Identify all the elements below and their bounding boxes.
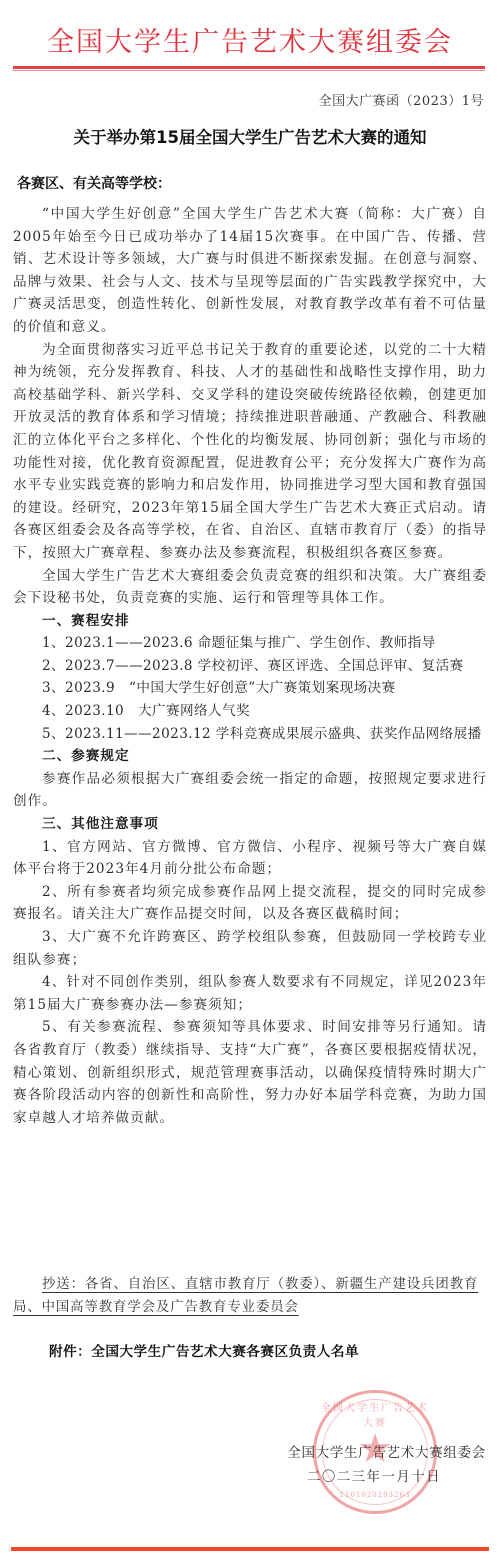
- paragraph-intro: “中国大学生好创意”全国大学生广告艺术大赛（简称：大广赛）自2005年始至今日已…: [13, 203, 487, 339]
- attachment-line: 附件：全国大学生广告艺术大赛各赛区负责人名单: [49, 1340, 359, 1360]
- rules-item: 参赛作品必须根据大广赛组委会统一指定的命题，按照规定要求进行创作。: [13, 768, 487, 813]
- official-seal-text: 全国大学生广告艺术大赛: [316, 1399, 434, 1429]
- official-seal-code: 1101020293263: [316, 1491, 434, 1499]
- signature-org: 全国大学生广告艺术大赛组委会: [287, 1442, 486, 1461]
- schedule-item: 5、2023.11——2023.12 学科竞赛成果展示盛典、获奖作品网络展播: [13, 723, 487, 746]
- document-title: 关于举办第15届全国大学生广告艺术大赛的通知: [0, 124, 500, 148]
- paragraph-organization: 全国大学生广告艺术大赛组委会负责竞赛的组织和决策。大广赛组委会下设秘书处，负责竞…: [13, 565, 487, 610]
- schedule-item: 4、2023.10 大广赛网络人气奖: [13, 700, 487, 723]
- notes-item: 1、官方网站、官方微博、官方微信、小程序、视频号等大广赛自媒体平台将于2023年…: [13, 836, 487, 881]
- paragraph-goals: 为全面贯彻落实习近平总书记关于教育的重要论述，以党的二十大精神为统领，充分发挥教…: [13, 339, 487, 565]
- notes-item: 4、针对不同创作类别，组队参赛人数要求有不同规定，详见2023年第15届大广赛参…: [13, 971, 487, 1016]
- letterhead-org-name: 全国大学生广告艺术大赛组委会: [0, 20, 500, 59]
- schedule-item: 2、2023.7——2023.8 学校初评、赛区评选、全国总评审、复活赛: [13, 655, 487, 678]
- document-body: “中国大学生好创意”全国大学生广告艺术大赛（简称：大广赛）自2005年始至今日已…: [13, 203, 487, 1129]
- salutation: 各赛区、有关高等学校：: [17, 173, 171, 193]
- footer-red-rule: [11, 1547, 489, 1551]
- notes-item: 5、有关参赛流程、参赛须知等具体要求、时间安排等另行通知。请各省教育厅（教委）继…: [13, 1016, 487, 1129]
- letterhead-red-rule: [13, 66, 485, 69]
- notes-item: 2、所有参赛者均须完成参赛作品网上提交流程，提交的同时完成参赛报名。请关注大广赛…: [13, 881, 487, 926]
- section-heading-schedule: 一、赛程安排: [13, 610, 487, 633]
- carbon-copy: 抄送：各省、自治区、直辖市教育厅（教委）、新疆生产建设兵团教育局、中国高等教育学…: [13, 1273, 487, 1319]
- document-number: 全国大广赛函（2023）1号: [319, 90, 484, 109]
- carbon-copy-text: 抄送：各省、自治区、直辖市教育厅（教委）、新疆生产建设兵团教育局、中国高等教育学…: [13, 1277, 478, 1315]
- signature-date: 二〇二三年一月十日: [307, 1466, 441, 1485]
- section-heading-rules: 二、参赛规定: [13, 745, 487, 768]
- notes-item: 3、大广赛不允许跨赛区、跨学校组队参赛，但鼓励同一学校跨专业组队参赛；: [13, 926, 487, 971]
- letterhead-red-rule-thin: [13, 70, 485, 71]
- schedule-item: 1、2023.1——2023.6 命题征集与推广、学生创作、教师指导: [13, 632, 487, 655]
- notice-document: 全国大学生广告艺术大赛组委会 全国大广赛函（2023）1号 关于举办第15届全国…: [0, 0, 500, 1568]
- schedule-item: 3、2023.9 “中国大学生好创意”大广赛策划案现场决赛: [13, 677, 487, 700]
- section-heading-notes: 三、其他注意事项: [13, 813, 487, 836]
